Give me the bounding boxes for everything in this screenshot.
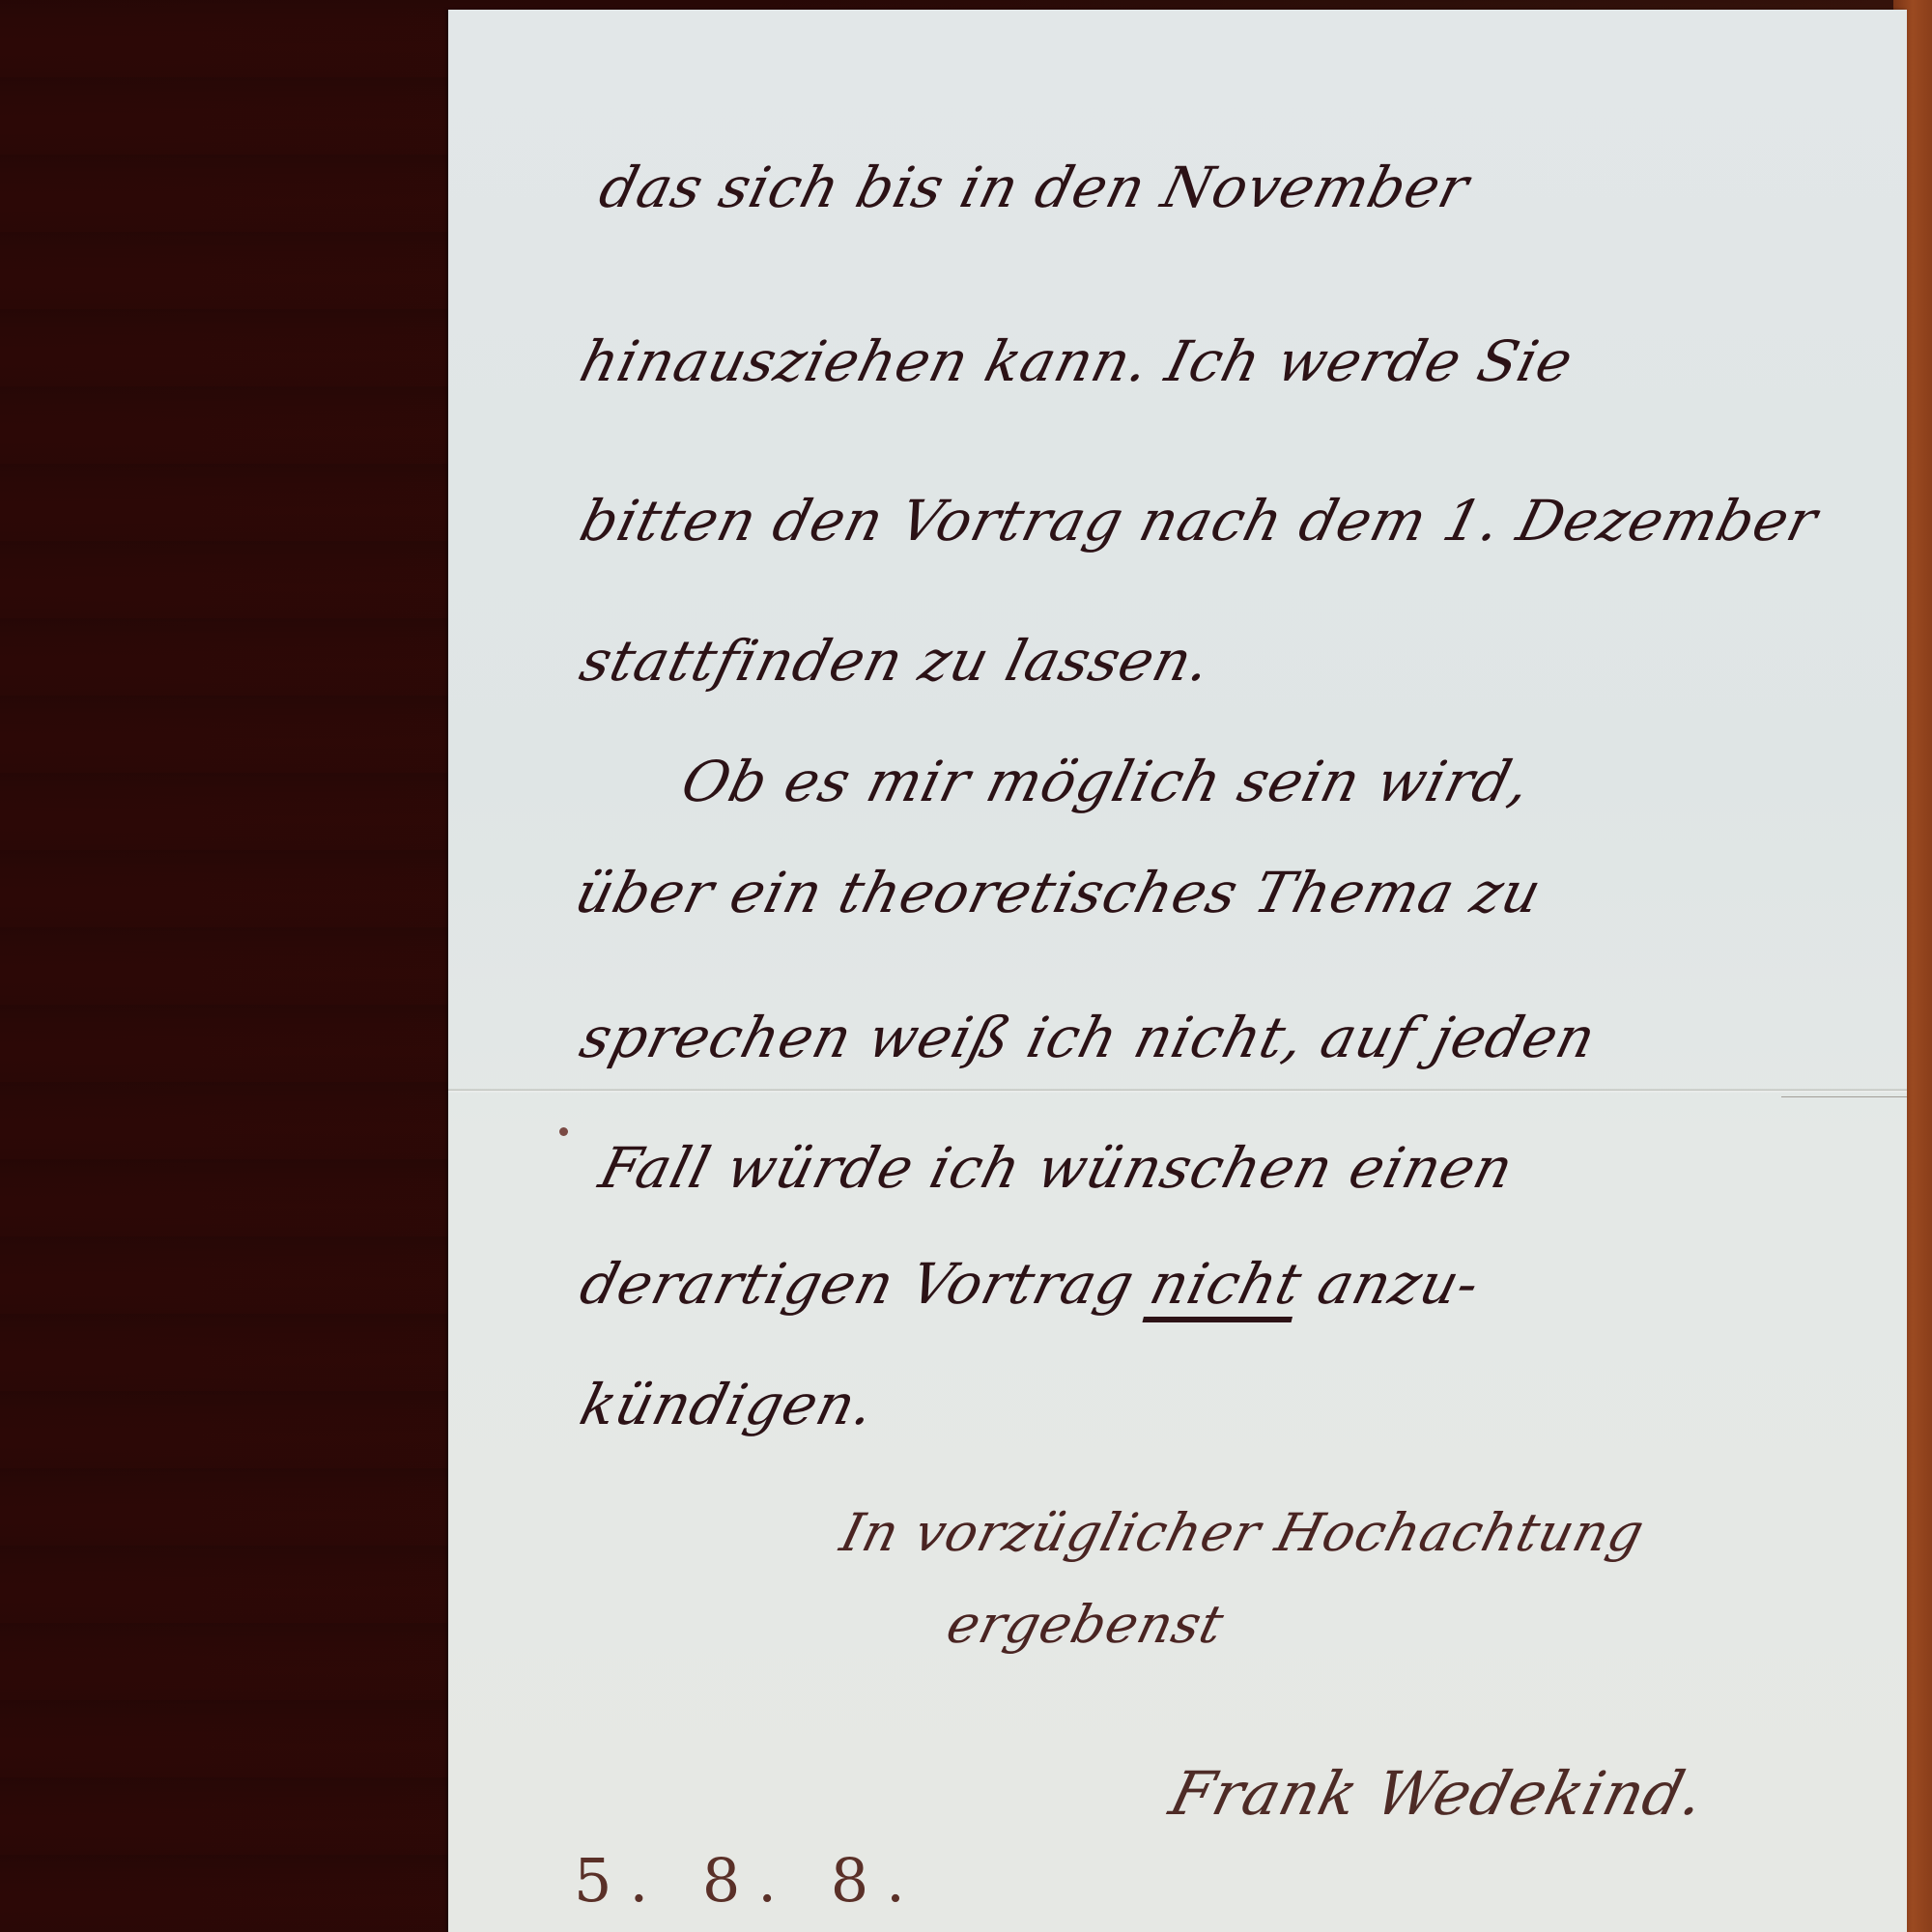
letter-line-4: stattfinden zu lassen. [574, 628, 1218, 694]
closing-salutation: In vorzüglicher Hochachtung [835, 1502, 1651, 1563]
fold-tear-right [1781, 1096, 1907, 1100]
letter-line-8: Fall würde ich wünschen einen [593, 1135, 1520, 1201]
letter-line-7: sprechen weiß ich nicht, auf jeden [574, 1005, 1603, 1070]
underlined-word-nicht: nicht [1144, 1251, 1309, 1317]
letter-line-9: derartigen Vortrag nicht anzu- [574, 1251, 1487, 1317]
letter-line-9-end: anzu- [1293, 1251, 1487, 1317]
letter-line-9-start: derartigen Vortrag [574, 1251, 1160, 1317]
letter-line-3: bitten den Vortrag nach dem 1. Dezember [574, 488, 1825, 554]
letter-line-2: hinausziehen kann. Ich werde Sie [574, 328, 1580, 394]
fold-crease [448, 1089, 1907, 1093]
closing-valediction: ergebenst [941, 1594, 1231, 1655]
letter-line-5: Ob es mir möglich sein wird, [675, 749, 1538, 814]
letter-line-1: das sich bis in den November [593, 155, 1476, 220]
letter-date: 5. 8. 8. [574, 1845, 923, 1916]
signature: Frank Wedekind. [1163, 1758, 1712, 1829]
letter-line-10: kündigen. [574, 1372, 882, 1437]
letter-line-6: über ein theoretisches Thema zu [569, 860, 1548, 925]
letter-sheet: das sich bis in den November hinausziehe… [448, 10, 1907, 1932]
ink-dot-stain [559, 1127, 568, 1136]
